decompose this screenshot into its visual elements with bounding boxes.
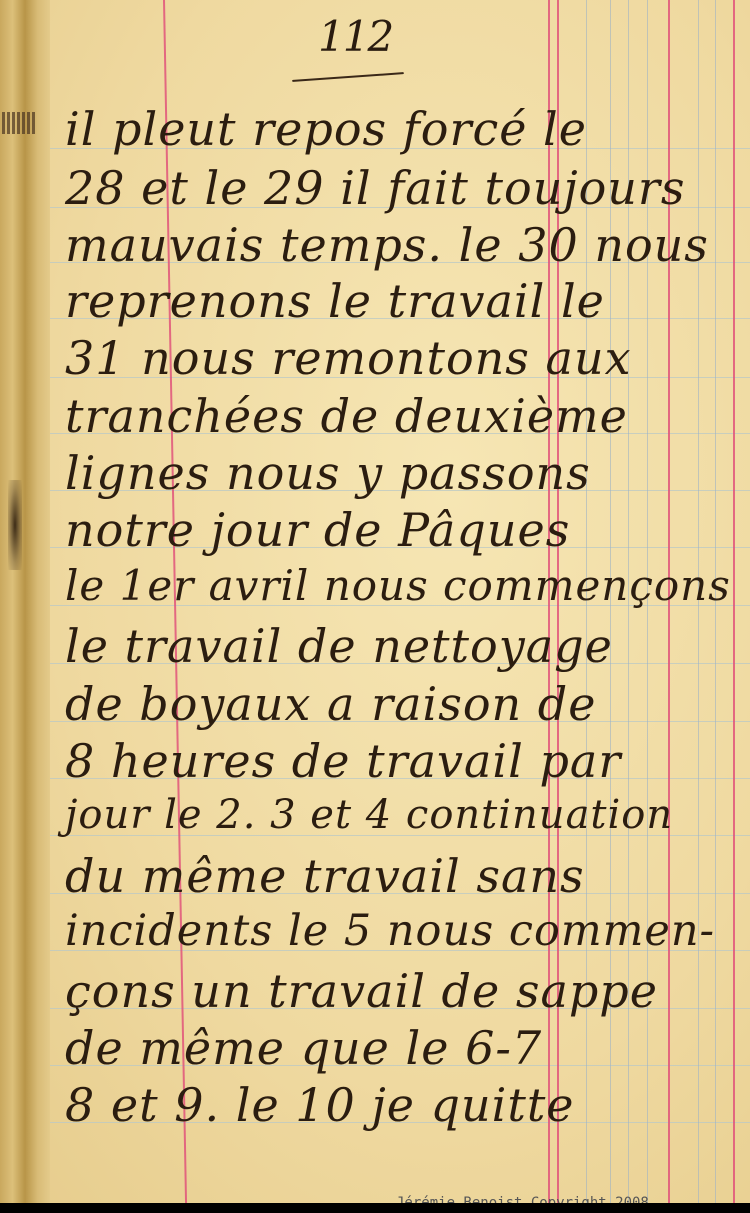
text-line: 8 et 9. le 10 je quitte [65,1082,575,1128]
text-line: mauvais temps. le 30 nous [65,222,709,268]
text-line: jour le 2. 3 et 4 continuation [65,795,673,835]
text-line: 8 heures de travail par [65,738,621,784]
notebook-page: 112 il pleut repos forcé le 28 et le 29 … [0,0,750,1203]
text-line: de boyaux a raison de [65,681,596,727]
text-line: incidents le 5 nous commen- [65,910,715,953]
spine-stain [8,480,22,570]
text-line: lignes nous y passons [65,450,591,496]
text-line: 28 et le 29 il fait toujours [65,165,686,211]
text-line: le 1er avril nous commençons [65,565,731,607]
column-margin-line [733,0,735,1203]
text-line: notre jour de Pâques [65,507,570,553]
text-line: du même travail sans [65,853,585,899]
page-number: 112 [318,12,392,61]
text-line: il pleut repos forcé le [65,106,587,152]
text-line: de même que le 6-7 [65,1025,542,1071]
text-line: tranchées de deuxième [65,393,628,439]
text-line: çons un travail de sappe [65,968,658,1014]
copyright-watermark: Jérémie Benoist Copyright 2008 [396,1195,649,1203]
text-line: le travail de nettoyage [65,623,613,669]
scan-border [0,1203,750,1213]
text-line: 31 nous remontons aux [65,335,632,381]
text-line: reprenons le travail le [65,278,605,324]
book-spine-edge [0,0,50,1203]
page-number-underline [292,72,404,82]
spine-label-mark [2,112,36,134]
